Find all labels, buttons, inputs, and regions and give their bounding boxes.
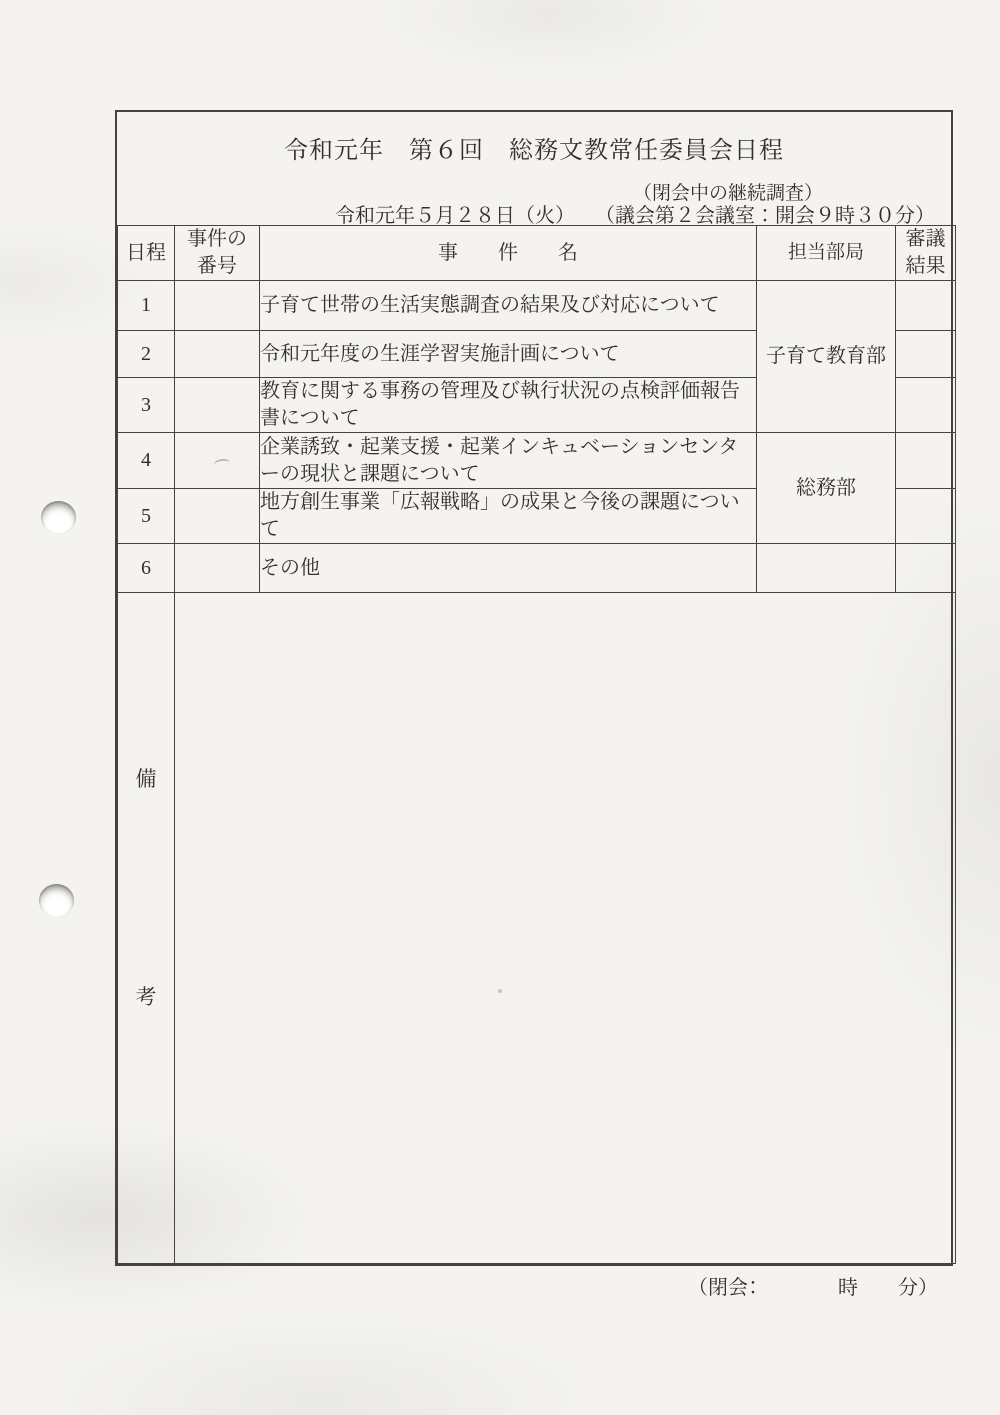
schedule-number-cell: 3 xyxy=(118,378,175,433)
remarks-content-cell xyxy=(175,593,956,1264)
header-case-name: 事 件 名 xyxy=(260,226,757,281)
case-number-cell xyxy=(175,433,260,489)
case-name-cell: 子育て世帯の生活実態調査の結果及び対応について xyxy=(260,281,757,331)
page-title: 令和元年 第６回 総務文教常任委員会日程 xyxy=(117,130,951,165)
schedule-number-cell: 6 xyxy=(118,544,175,593)
remarks-label-bottom: 考 xyxy=(118,983,174,1011)
case-name-cell: 教育に関する事務の管理及び執行状況の点検評価報告書について xyxy=(260,378,757,433)
table-row: 4 企業誘致・起業支援・起業インキュベーションセンターの現状と課題について 総務… xyxy=(118,433,956,489)
case-name-cell: 令和元年度の生涯学習実施計画について xyxy=(260,331,757,378)
header-schedule: 日程 xyxy=(118,226,175,281)
remarks-label-cell: 備 考 xyxy=(118,593,175,1264)
document-header: 令和元年 第６回 総務文教常任委員会日程 （閉会中の継続調査） 令和元年５月２８… xyxy=(117,112,951,225)
department-cell xyxy=(757,544,896,593)
result-cell xyxy=(896,489,956,544)
agenda-table: 日程 事件の 番号 事 件 名 担当部局 審議 結果 1 子育て世帯の生活実態調… xyxy=(117,225,956,1264)
result-cell xyxy=(896,544,956,593)
header-result: 審議 結果 xyxy=(896,226,956,281)
case-number-cell xyxy=(175,489,260,544)
case-name-cell: その他 xyxy=(260,544,757,593)
result-cell xyxy=(896,331,956,378)
department-cell: 子育て教育部 xyxy=(757,281,896,433)
table-row: 6 その他 xyxy=(118,544,956,593)
schedule-number-cell: 1 xyxy=(118,281,175,331)
result-cell xyxy=(896,281,956,331)
remarks-label-top: 備 xyxy=(118,765,174,793)
schedule-number-cell: 4 xyxy=(118,433,175,489)
punch-hole-top xyxy=(41,501,76,534)
result-cell xyxy=(896,433,956,489)
schedule-number-cell: 2 xyxy=(118,331,175,378)
case-number-cell xyxy=(175,544,260,593)
remarks-row: 備 考 xyxy=(118,593,956,1264)
department-cell: 総務部 xyxy=(757,433,896,544)
header-department: 担当部局 xyxy=(757,226,896,281)
schedule-number-cell: 5 xyxy=(118,489,175,544)
date-line: 令和元年５月２８日（火） （議会第２会議室：開会９時３０分） xyxy=(335,199,935,228)
case-number-cell xyxy=(175,378,260,433)
case-name-cell: 企業誘致・起業支援・起業インキュベーションセンターの現状と課題について xyxy=(260,433,757,489)
table-header-row: 日程 事件の 番号 事 件 名 担当部局 審議 結果 xyxy=(118,226,956,281)
document-frame: 令和元年 第６回 総務文教常任委員会日程 （閉会中の継続調査） 令和元年５月２８… xyxy=(115,110,953,1266)
punch-hole-bottom xyxy=(39,884,74,917)
case-number-cell xyxy=(175,281,260,331)
case-number-cell xyxy=(175,331,260,378)
header-case-number: 事件の 番号 xyxy=(175,226,260,281)
case-name-cell: 地方創生事業「広報戦略」の成果と今後の課題について xyxy=(260,489,757,544)
table-row: 1 子育て世帯の生活実態調査の結果及び対応について 子育て教育部 xyxy=(118,281,956,331)
result-cell xyxy=(896,378,956,433)
closing-time-line: （閉会： 時 分） xyxy=(688,1271,938,1300)
